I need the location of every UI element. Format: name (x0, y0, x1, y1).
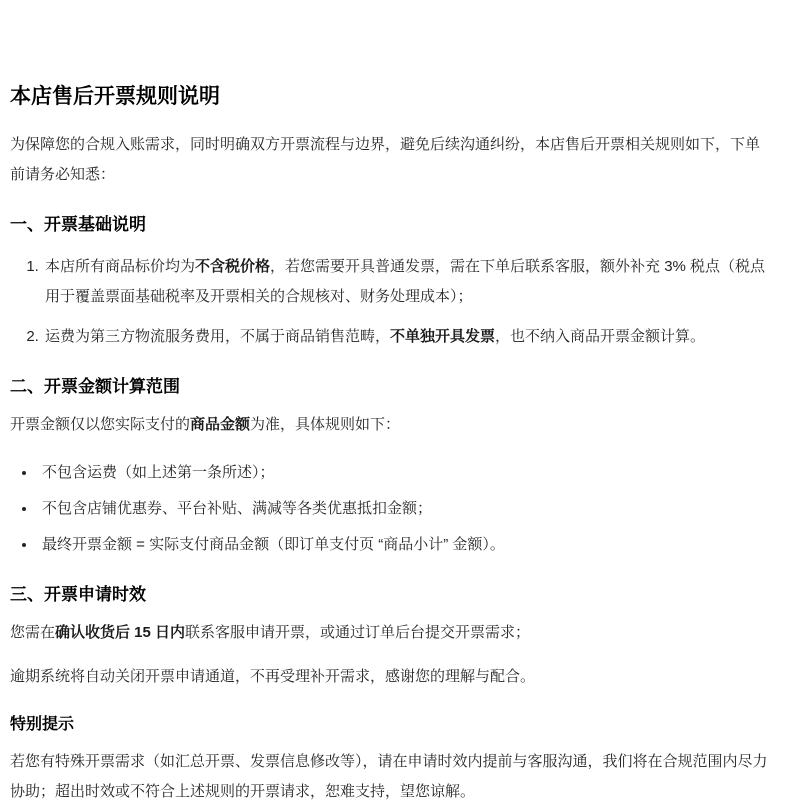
text-segment: 您需在 (10, 624, 55, 641)
section2-intro: 开票金额仅以您实际支付的商品金额为准，具体规则如下： (10, 410, 770, 440)
bullet-item-shipping-excluded: 不包含运费（如上述第一条所述）； (37, 458, 770, 488)
text-segment: 开票金额仅以您实际支付的 (10, 416, 190, 433)
text-segment: 本店所有商品标价均为 (45, 258, 195, 275)
bullet-item-discounts-excluded: 不包含店铺优惠券、平台补贴、满减等各类优惠抵扣金额； (37, 494, 770, 524)
text-segment-bold: 不单独开具发票 (390, 328, 495, 345)
special-note-paragraph: 若您有特殊开票需求（如汇总开票、发票信息修改等），请在申请时效内提前与客服沟通，… (10, 747, 770, 800)
section3-heading: 三、开票申请时效 (10, 584, 770, 606)
section1-heading: 一、开票基础说明 (10, 214, 770, 236)
section2-bullet-list: 不包含运费（如上述第一条所述）； 不包含店铺优惠券、平台补贴、满减等各类优惠抵扣… (10, 458, 770, 560)
section3-paragraph-1: 您需在确认收货后 15 日内联系客服申请开票，或通过订单后台提交开票需求； (10, 618, 770, 648)
list-item-shipping: 运费为第三方物流服务费用，不属于商品销售范畴，不单独开具发票，也不纳入商品开票金… (43, 322, 770, 352)
text-segment-bold: 确认收货后 15 日内 (55, 624, 185, 641)
list-item-pricing: 本店所有商品标价均为不含税价格，若您需要开具普通发票，需在下单后联系客服，额外补… (43, 252, 770, 312)
page-title: 本店售后开票规则说明 (10, 84, 770, 110)
section3-paragraph-2: 逾期系统将自动关闭开票申请通道，不再受理补开需求，感谢您的理解与配合。 (10, 662, 770, 692)
text-segment: 联系客服申请开票，或通过订单后台提交开票需求； (185, 624, 530, 641)
text-segment: ，也不纳入商品开票金额计算。 (495, 328, 705, 345)
invoice-rules-page: 本店售后开票规则说明 为保障您的合规入账需求，同时明确双方开票流程与边界，避免后… (0, 0, 800, 800)
text-segment-bold: 不含税价格 (195, 258, 270, 275)
special-note-heading: 特别提示 (10, 714, 770, 735)
bullet-item-final-amount: 最终开票金额 = 实际支付商品金额（即订单支付页 “商品小计” 金额）。 (37, 530, 770, 560)
text-segment-bold: 商品金额 (190, 416, 250, 433)
section1-numbered-list: 本店所有商品标价均为不含税价格，若您需要开具普通发票，需在下单后联系客服，额外补… (10, 252, 770, 352)
section2-heading: 二、开票金额计算范围 (10, 376, 770, 398)
intro-paragraph: 为保障您的合规入账需求，同时明确双方开票流程与边界，避免后续沟通纠纷，本店售后开… (10, 130, 770, 190)
text-segment: 为准，具体规则如下： (250, 416, 400, 433)
text-segment: 运费为第三方物流服务费用，不属于商品销售范畴， (45, 328, 390, 345)
